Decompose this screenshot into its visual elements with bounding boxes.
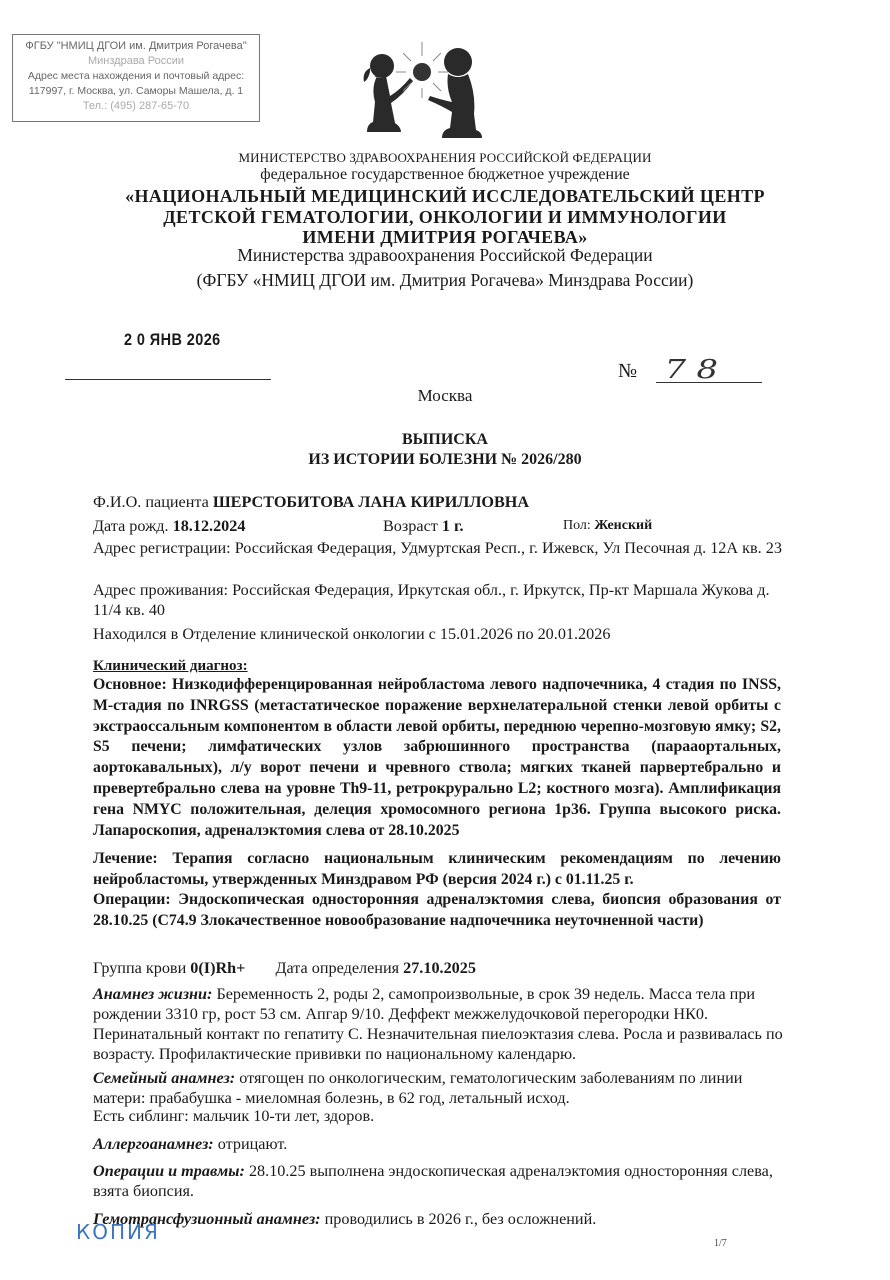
dob-value: 18.12.2024 <box>173 517 246 535</box>
stamp-line: Тел.: (495) 287-65-70 <box>13 99 259 114</box>
patient-name: ШЕРСТОБИТОВА ЛАНА КИРИЛЛОВНА <box>213 493 529 511</box>
blood-group-row: Группа крови 0(I)Rh+ Дата определения 27… <box>93 958 813 978</box>
ministry-heading: МИНИСТЕРСТВО ЗДРАВООХРАНЕНИЯ РОССИЙСКОЙ … <box>0 150 890 166</box>
children-logo-icon <box>340 28 500 138</box>
city: Москва <box>0 386 890 406</box>
number-underline <box>656 382 762 383</box>
blood-date-label: Дата определения <box>275 959 399 977</box>
reg-address-value: Российская Федерация, Удмуртская Респ., … <box>235 539 782 557</box>
date-underline <box>65 379 271 380</box>
living-address: Адрес проживания: Российская Федерация, … <box>93 580 793 620</box>
age-value: 1 г. <box>442 517 464 535</box>
institution-name-line1: «НАЦИОНАЛЬНЫЙ МЕДИЦИНСКИЙ ИССЛЕДОВАТЕЛЬС… <box>0 186 890 206</box>
allergy-label: Аллергоанамнез: <box>93 1135 214 1153</box>
diagnosis-main: Основное: Низкодифференцированная нейроб… <box>93 675 781 841</box>
document-number: 78 <box>665 355 729 385</box>
hospital-stay: Находился в Отделение клинической онколо… <box>93 624 793 644</box>
institution-name-line3: ИМЕНИ ДМИТРИЯ РОГАЧЕВА» <box>0 227 890 247</box>
live-address-label: Адрес проживания: <box>93 581 228 599</box>
document-title: ВЫПИСКА <box>0 431 890 449</box>
blood-date-value: 27.10.2025 <box>403 959 476 977</box>
patient-name-row: Ф.И.О. пациента ШЕРСТОБИТОВА ЛАНА КИРИЛЛ… <box>93 492 793 512</box>
operations-traumas: Операции и травмы: 28.10.25 выполнена эн… <box>93 1161 793 1201</box>
blood-group-label: Группа крови <box>93 959 186 977</box>
allergy-anamnesis: Аллергоанамнез: отрицают. <box>93 1134 793 1154</box>
dob: Дата рожд. 18.12.2024 <box>93 516 245 536</box>
family-anamnesis-label: Семейный анамнез: <box>93 1069 235 1087</box>
dob-label: Дата рожд. <box>93 517 169 535</box>
transfusion-text: проводились в 2026 г., без осложнений. <box>325 1210 597 1228</box>
family-anamnesis: Семейный анамнез: отягощен по онкологиче… <box>93 1068 793 1108</box>
page-number: 1/7 <box>714 1238 727 1249</box>
diagnosis-heading: Клинический диагноз: <box>93 656 793 676</box>
age: Возраст 1 г. <box>383 516 464 536</box>
sex-value: Женский <box>594 518 652 533</box>
document-subtitle: ИЗ ИСТОРИИ БОЛЕЗНИ № 2026/280 <box>0 451 890 469</box>
stamp-line: ФГБУ "НМИЦ ДГОИ им. Дмитрия Рогачева" <box>13 39 259 54</box>
allergy-text: отрицают. <box>218 1135 288 1153</box>
diagnosis-operations: Операции: Эндоскопическая односторонняя … <box>93 890 781 932</box>
number-sign: № <box>618 360 637 383</box>
institution-stamp: ФГБУ "НМИЦ ДГОИ им. Дмитрия Рогачева" Ми… <box>12 34 260 122</box>
blood-group-value: 0(I)Rh+ <box>190 959 245 977</box>
sex-label: Пол: <box>563 518 591 533</box>
registration-address: Адрес регистрации: Российская Федерация,… <box>93 538 798 558</box>
stamp-line: Минздрава России <box>13 54 259 69</box>
date-stamp: 2 0 ЯНВ 2026 <box>124 330 221 350</box>
life-anamnesis-label: Анамнез жизни: <box>93 985 212 1003</box>
operations-traumas-label: Операции и травмы: <box>93 1162 245 1180</box>
stamp-line: 117997, г. Москва, ул. Саморы Машела, д.… <box>13 84 259 99</box>
transfusion-anamnesis: Гемотрансфузионный анамнез: проводились … <box>93 1209 793 1229</box>
diagnosis-treatment: Лечение: Терапия согласно национальным к… <box>93 849 781 891</box>
stamp-line: Адрес места нахождения и почтовый адрес: <box>13 69 259 84</box>
sibling-info: Есть сиблинг: мальчик 10-ти лет, здоров. <box>93 1106 793 1126</box>
patient-name-label: Ф.И.О. пациента <box>93 493 209 511</box>
copy-stamp: КОПИЯ <box>76 1220 160 1244</box>
age-label: Возраст <box>383 517 438 535</box>
institution-name-line2: ДЕТСКОЙ ГЕМАТОЛОГИИ, ОНКОЛОГИИ И ИММУНОЛ… <box>0 207 890 227</box>
institution-type: федеральное государственное бюджетное уч… <box>0 166 890 184</box>
ministry-of: Министерства здравоохранения Российской … <box>0 245 890 266</box>
institution-short-name: (ФГБУ «НМИЦ ДГОИ им. Дмитрия Рогачева» М… <box>0 270 890 291</box>
reg-address-label: Адрес регистрации: <box>93 539 231 557</box>
life-anamnesis: Анамнез жизни: Беременность 2, роды 2, с… <box>93 984 798 1064</box>
sex: Пол: Женский <box>563 516 652 536</box>
